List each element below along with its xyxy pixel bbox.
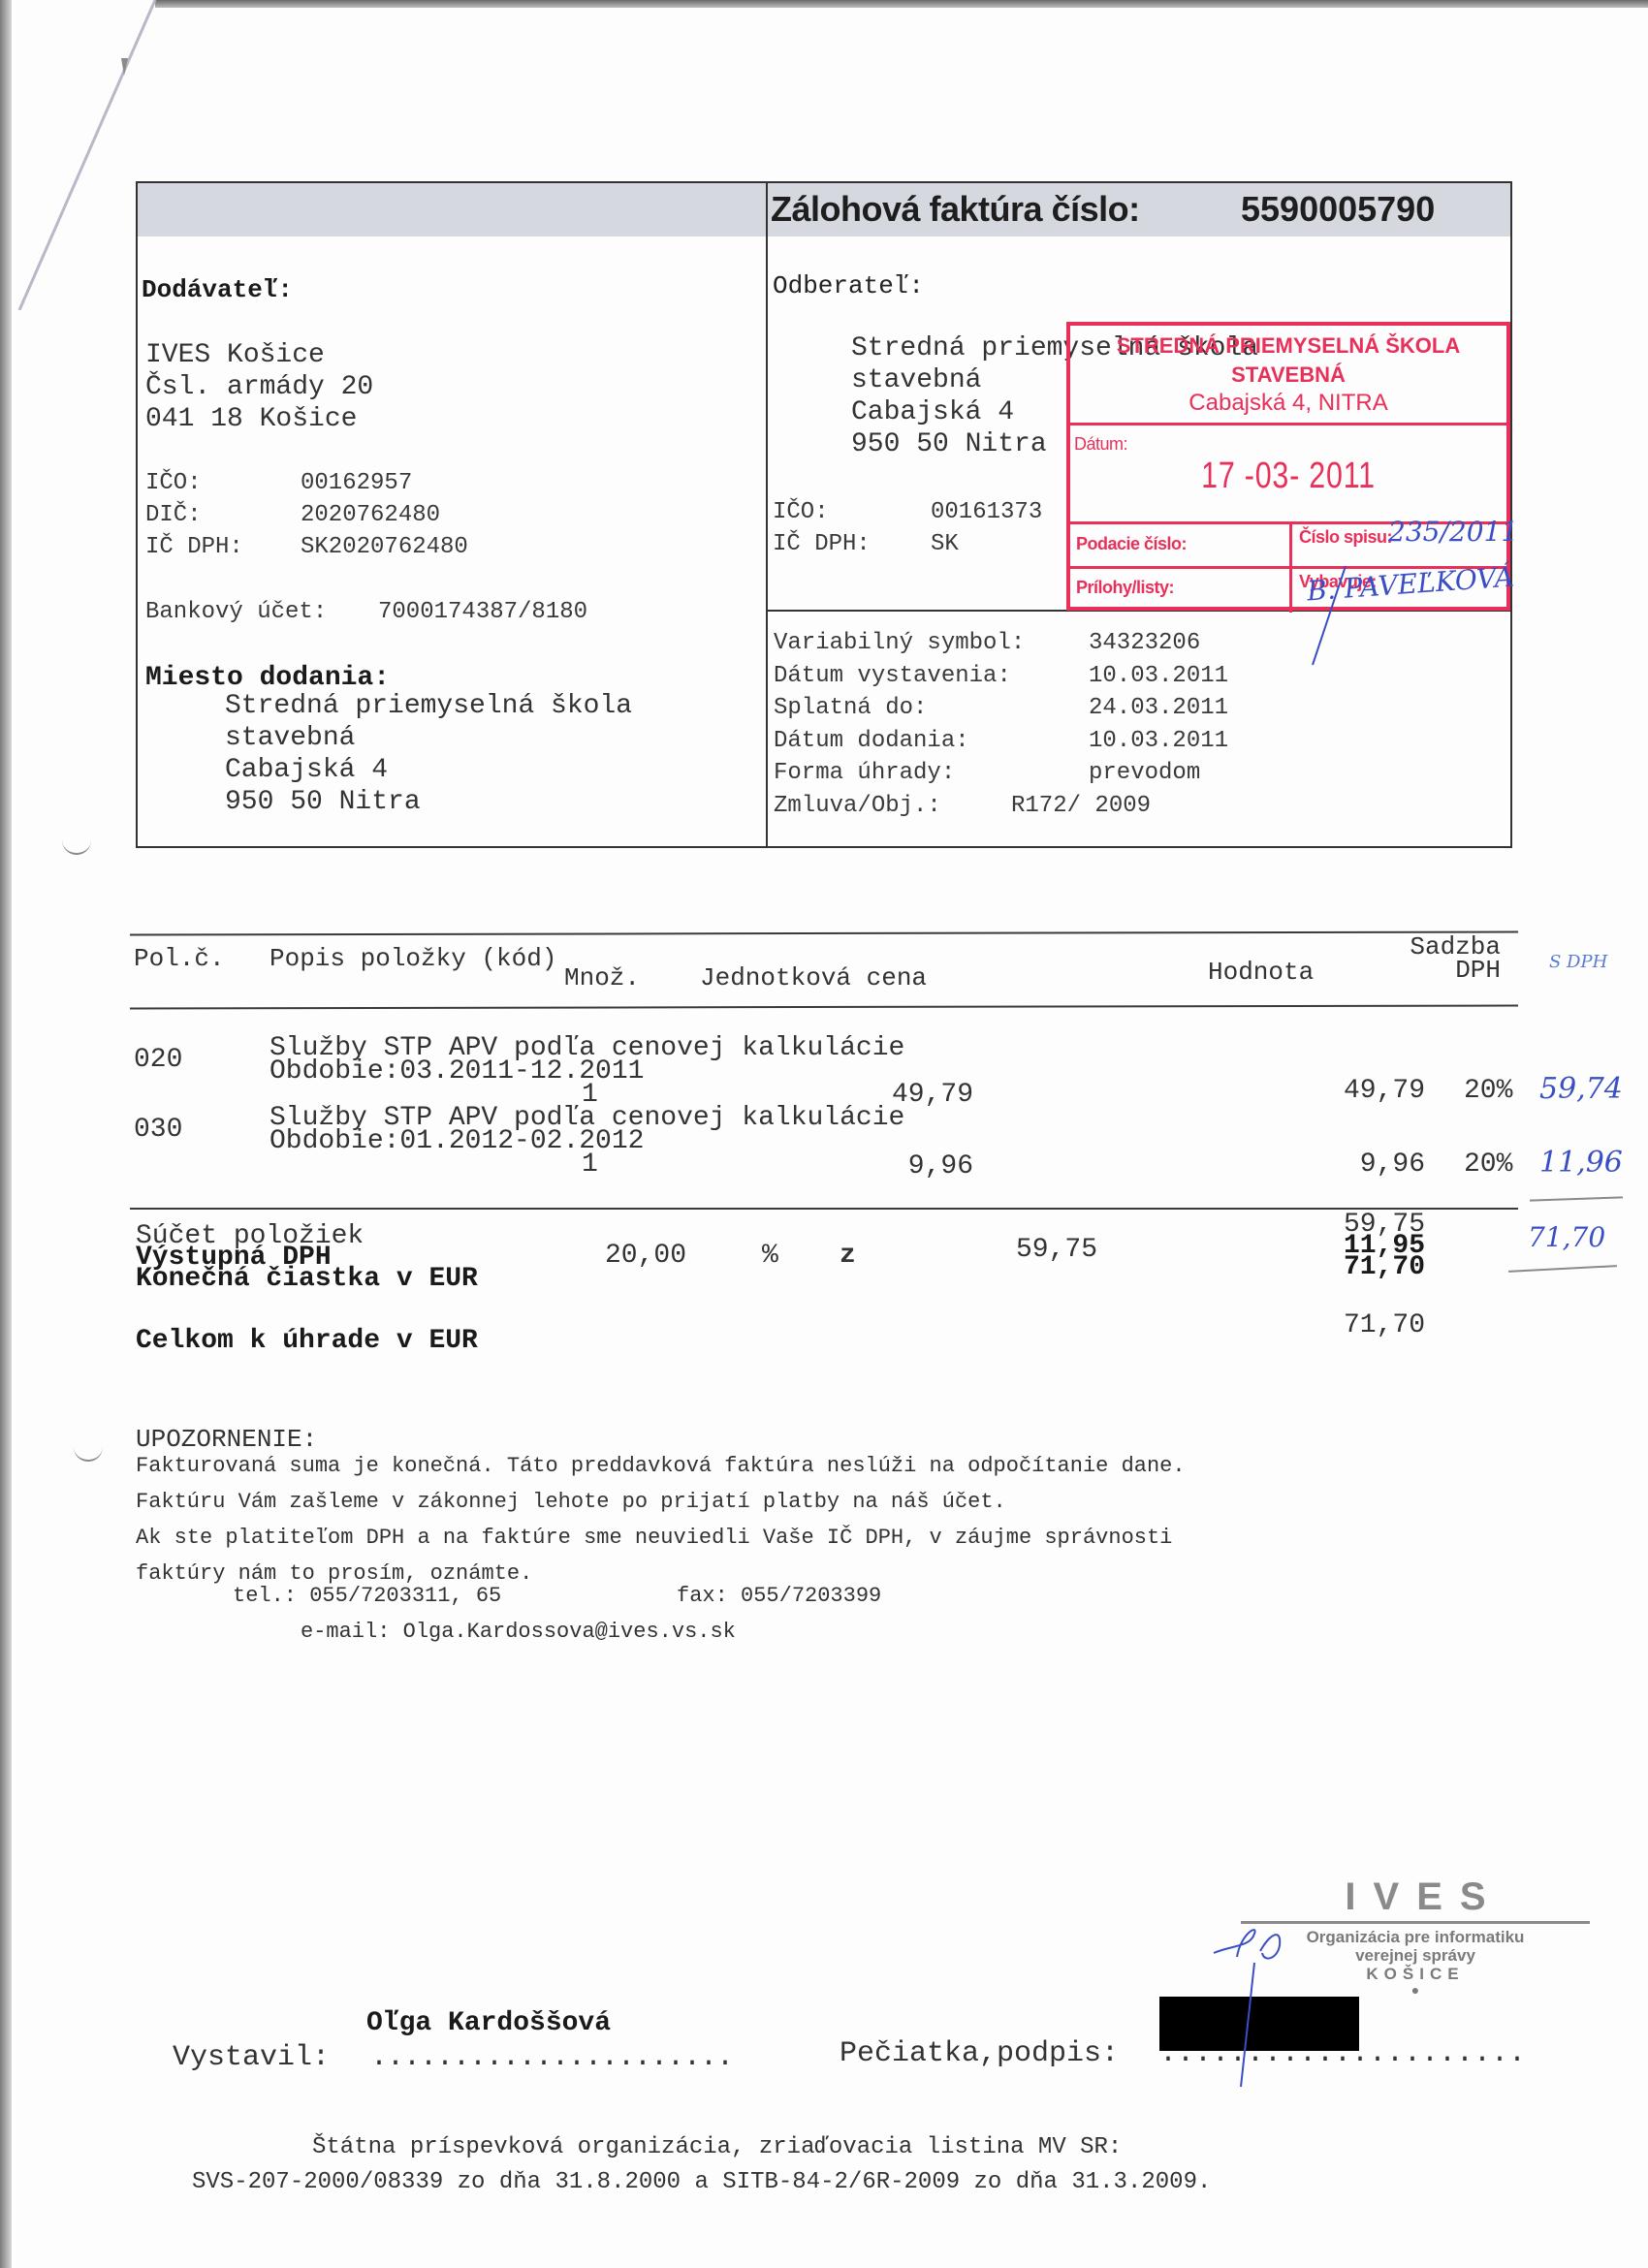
header-divider [766, 183, 768, 846]
table-top-rule [130, 931, 1518, 936]
delivery-date: Dátum dodania:10.03.2011 [774, 725, 1228, 758]
contract-order: Zmluva/Obj.:R172/ 2009 [774, 790, 1228, 823]
supplier-heading: Dodávateľ: [142, 275, 293, 304]
invoice-number: 5590005790 [1241, 189, 1435, 230]
stamp-file-label: Číslo spisu: [1299, 527, 1392, 548]
payment-info: Variabilný symbol:34323206 Dátum vystave… [774, 627, 1228, 822]
handwritten-total-underline [1508, 1265, 1617, 1273]
handwritten-total: 71,70 [1528, 1221, 1605, 1253]
vat-base: 59,75 [1016, 1237, 1097, 1264]
contact-email[interactable]: e-mail: Olga.Kardossova@ives.vs.sk [301, 1614, 736, 1650]
scan-edge [0, 0, 12, 2268]
item-020-value: 49,79 [1280, 1078, 1425, 1105]
vat-rate-value: 20,00 [605, 1243, 686, 1270]
issued-by-dots: ...................... [370, 2041, 733, 2074]
issued-by-label: Vystavil: [173, 2041, 330, 2074]
col-header-vat-rate: Sadzba DPH [1357, 932, 1501, 985]
stamp-org-line3: Cabajská 4, NITRA [1070, 390, 1506, 417]
final-amount-value: 71,70 [1280, 1254, 1425, 1281]
supplier-dic: DIČ:2020762480 [145, 499, 468, 531]
handwritten-signature [1212, 1924, 1299, 2089]
col-header-unit-price: Jednotková cena [700, 963, 927, 992]
customer-heading: Odberateľ: [773, 271, 924, 300]
amount-due-value: 71,70 [1280, 1312, 1425, 1339]
customer-icdph: IČ DPH:SK [773, 528, 1042, 560]
issue-date: Dátum vystavenia:10.03.2011 [774, 660, 1228, 693]
item-030-value: 9,96 [1280, 1151, 1425, 1179]
supplier-icdph: IČ DPH:SK2020762480 [145, 531, 468, 563]
invoice-title: Zálohová faktúra číslo: [771, 189, 1140, 230]
amount-due-label: Celkom k úhrade v EUR [136, 1328, 478, 1355]
stamp-signature-label: Pečiatka,podpis: [840, 2037, 1119, 2070]
delivery-address: Stredná priemyselná škola stavebná Cabaj… [225, 690, 632, 818]
footer-line2: SVS-207-2000/08339 zo dňa 31.8.2000 a SI… [192, 2169, 1211, 2195]
table-bottom-rule [130, 1208, 1518, 1210]
item-030-handwritten: 11,96 [1539, 1146, 1623, 1180]
issuer-name: Oľga Kardoššová [366, 2008, 611, 2038]
supplier-city: 041 18 Košice [145, 403, 373, 435]
contact-tel: tel.: 055/7203311, 65 [233, 1578, 501, 1614]
stamp-org-line1: STREDNÁ PRIEMYSELNÁ ŠKOLA [1070, 333, 1506, 359]
notice-body: Fakturovaná suma je konečná. Táto predda… [136, 1448, 1186, 1591]
handwritten-file-number: 235/2011 [1388, 516, 1518, 548]
contact-fax: fax: 055/7203399 [677, 1578, 881, 1614]
company-stamp-name: IVES [1241, 1875, 1590, 1919]
col-header-desc: Popis položky (kód) [269, 944, 556, 973]
stamp-date-label: Dátum: [1074, 434, 1127, 455]
col-header-qty: Množ. [564, 963, 640, 992]
col-header-pos: Pol.č. [134, 944, 225, 973]
item-030-qty: 1 [582, 1151, 598, 1179]
item-020-handwritten: 59,74 [1539, 1072, 1623, 1106]
stamp-attachments-label: Prílohy/listy: [1076, 578, 1174, 598]
supplier-ids: IČO:00162957 DIČ:2020762480 IČ DPH:SK202… [145, 467, 468, 563]
due-date: Splatná do:24.03.2011 [774, 692, 1228, 725]
payment-method: Forma úhrady:prevodom [774, 757, 1228, 790]
footer-line1: Štátna príspevková organizácia, zriaďova… [312, 2134, 1122, 2160]
item-030-pos: 030 [134, 1117, 182, 1144]
handwritten-stroke [1299, 562, 1357, 669]
customer-ids: IČO:00161373 IČ DPH:SK [773, 496, 1042, 560]
supplier-address: IVES Košice Čsl. armády 20 041 18 Košice [145, 339, 373, 435]
handwritten-note-s-dph: S DPH [1549, 952, 1607, 972]
punch-hole-mark [62, 826, 91, 855]
final-amount-label: Konečná čiastka v EUR [136, 1266, 478, 1293]
stamp-org-line2: STAVEBNÁ [1070, 362, 1506, 388]
item-030-unit-price: 9,96 [834, 1153, 973, 1181]
punch-hole-mark [74, 1433, 103, 1462]
col-header-value: Hodnota [1208, 958, 1314, 987]
stamp-filing-label: Podacie číslo: [1076, 534, 1187, 554]
item-020-pos: 020 [134, 1047, 182, 1074]
item-030-vat-rate: 20% [1464, 1151, 1512, 1179]
supplier-bank-account: Bankový účet:7000174387/8180 [145, 596, 587, 628]
delivery-heading: Miesto dodania: [145, 663, 390, 693]
vat-pct-sign: % [762, 1243, 778, 1270]
supplier-ico: IČO:00162957 [145, 467, 468, 499]
vat-of: z [840, 1243, 856, 1270]
supplier-name: IVES Košice [145, 339, 373, 371]
variable-symbol: Variabilný symbol:34323206 [774, 627, 1228, 660]
scan-top-shadow [155, 0, 1648, 8]
item-020-vat-rate: 20% [1464, 1078, 1512, 1105]
table-header-rule [130, 1005, 1518, 1010]
handwritten-underline [1530, 1196, 1623, 1201]
customer-ico: IČO:00161373 [773, 496, 1042, 528]
stamp-date: 17 -03- 2011 [1114, 456, 1463, 497]
supplier-street: Čsl. armády 20 [145, 371, 373, 403]
